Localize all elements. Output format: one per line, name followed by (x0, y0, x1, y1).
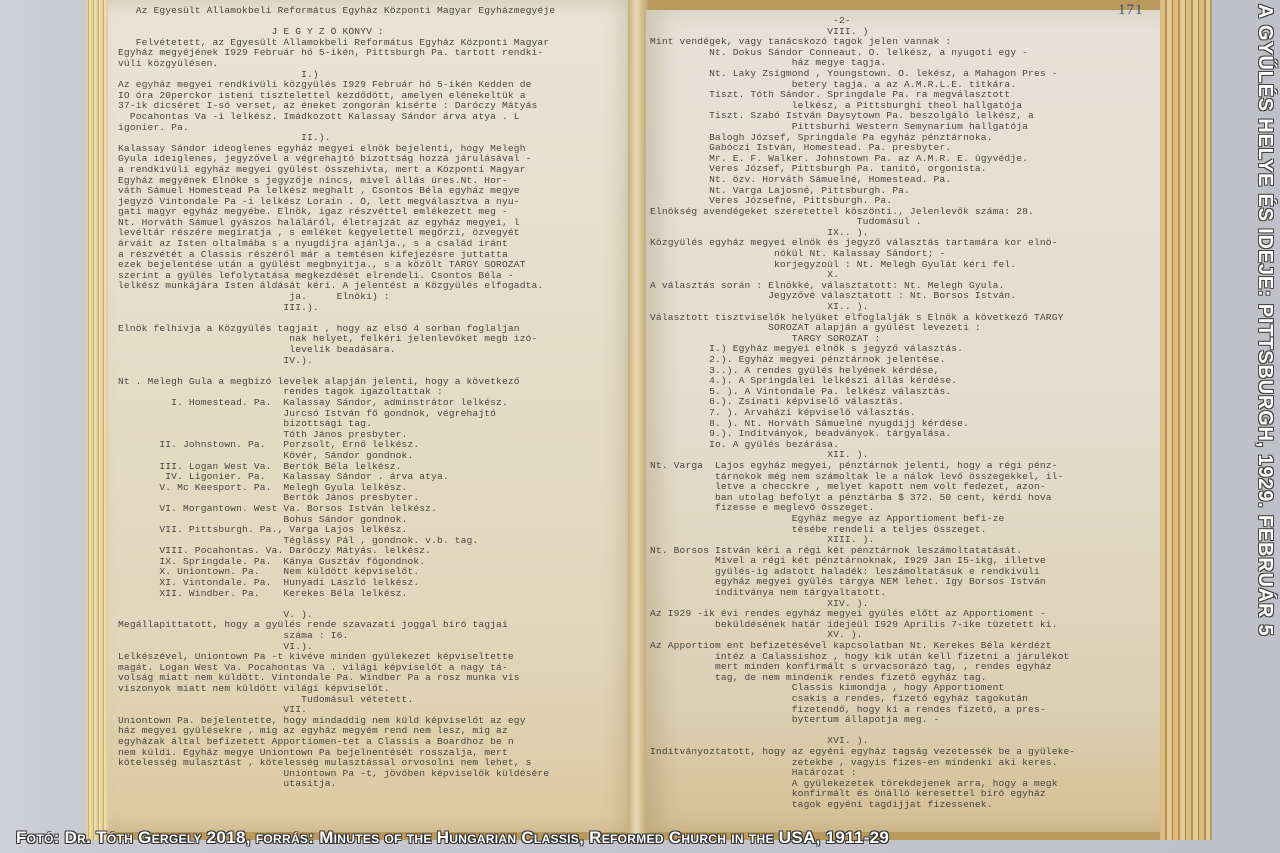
typed-line: bizottsági tag. (118, 419, 628, 430)
typed-line: Választott tisztviselők helyüket elfogla… (650, 313, 1155, 324)
typed-line: Veres Józsefné, Pittsburgh. Pa. (650, 196, 1155, 207)
typed-line: II. Johnstown. Pa. Porzsolt, Ernő lelkés… (118, 440, 628, 451)
typed-line: 4.). A Springdalei lelkészi állás kérdés… (650, 376, 1155, 387)
typed-line: lelkész munkájára Isten áldását kéri. A … (118, 281, 628, 292)
typed-line: a részvétét a Classis részéről már a tem… (118, 250, 628, 261)
side-caption: A GYŰLÉS HELYE ÉS IDEJE: PITTSBURGH, 192… (1248, 4, 1276, 810)
typed-line: Az Egyesült Államokbeli Református Egyhá… (118, 6, 628, 17)
typed-line: IV.). (118, 356, 628, 367)
typed-line: -2- (650, 16, 1155, 27)
typed-line: ezek bejelentése után a gyülést megbnyit… (118, 260, 628, 271)
typed-line: SOROZAT alapján a gyülést levezeti : (650, 323, 1155, 334)
typed-line: IO óra 20perckor isteni tisztelettel kez… (118, 91, 628, 102)
typed-line: Felvétetett, az Egyesült Államokbeli Ref… (118, 38, 628, 49)
typed-line: száma : I6. (118, 631, 628, 642)
typed-line: inditványa nem tárgyaltatott. (650, 588, 1155, 599)
typed-line: Nt. Laky Zsigmond , Youngstown. O. lekés… (650, 69, 1155, 80)
typed-line: Pocahontas Va -i lelkész. Imádkozott Kal… (118, 112, 628, 123)
typed-line (118, 17, 628, 28)
typed-line: gyülés-ig adatott haladék: leszámoltatás… (650, 567, 1155, 578)
typed-line: Pittsburhi Western Semynarium hallgatója (650, 122, 1155, 133)
typed-line: mert minden konfirmált s urvacsorázó tag… (650, 662, 1155, 673)
typed-line: igonier. Pa. (118, 123, 628, 134)
typed-line: II.). (118, 133, 628, 144)
typed-line: ház megye tagja. (650, 58, 1155, 69)
typed-line: Kalassay Sándor ideoglenes egyház megyei… (118, 144, 628, 155)
typed-line: Nt. Varga Lajosné, Pittsburgh. Pa. (650, 186, 1155, 197)
typed-line: a rendkivüli egyház megyei gyülést össze… (118, 165, 628, 176)
typed-line: Egyház megyéjének I929 Február hó 5-ikén… (118, 48, 628, 59)
typed-line: Az Apportiom ent befizetésével kapcsolat… (650, 641, 1155, 652)
typed-line: fizetendő, hogy ki a rendes fizető, a pr… (650, 705, 1155, 716)
typed-line: 37-ik dicséret I-só verset, az éneket zo… (118, 101, 628, 112)
typed-line: 8. ). Nt. Horváth Sámuelné nyugdijj kérd… (650, 419, 1155, 430)
typed-line: Io. A gyülés bezárása. (650, 440, 1155, 451)
typed-line: Tóth János presbyter. (118, 430, 628, 441)
typed-line: XII. ). (650, 450, 1155, 461)
typed-line: Elnök felhivja a Közgyülés tagjait , hog… (118, 324, 628, 335)
typed-line: IX.. ). (650, 228, 1155, 239)
typed-line: VIII. ) (650, 27, 1155, 38)
typed-line: V. Mc Keesport. Pa. Melegh Gyula lelkész… (118, 483, 628, 494)
typed-line: Nt. Borsos István kéri a régi két pénztá… (650, 546, 1155, 557)
typed-line: XV. ). (650, 630, 1155, 641)
typed-line: árváit az Isten oltalmába s a nyugdijra … (118, 239, 628, 250)
typed-line: Nt. Dokus Sándor Conneaut. O. lelkész, a… (650, 48, 1155, 59)
typed-line: konfirmált és önálló keresettel biró egy… (650, 789, 1155, 800)
typed-line: I.) Egyház megyei elnök s jegyző választ… (650, 344, 1155, 355)
typed-line: korjegyzoül : Nt. Melegh Gyulát kéri fel… (650, 260, 1155, 271)
typed-line: Az egyház megyei rendkivüli közgyülés I9… (118, 80, 628, 91)
typed-line: XI. Vintondale. Pa. Hunyadi László lelké… (118, 578, 628, 589)
typed-line: 7. ). Árvaházi képviselő választás. (650, 408, 1155, 419)
typed-line: Inditványoztatott, hogy az egyéni egyház… (650, 747, 1155, 758)
typed-line: ház megyei gyülésekre , mig az egyház me… (118, 726, 628, 737)
typed-line: Lelkészével, Uniontown Pa -t kivéve mind… (118, 652, 628, 663)
typed-line: letve a checckre , melyet kapott nem vol… (650, 482, 1155, 493)
typed-line: jegyző Vintondale Pa -i lelkész Lorain .… (118, 197, 628, 208)
typed-line: tésébe rendeli a teljes összeget. (650, 525, 1155, 536)
typed-line (118, 366, 628, 377)
typed-line: Mivel a régi két pénztárnoknak, I929 Jan… (650, 556, 1155, 567)
typed-line: tagok egyéni tagdijjat fizessenek. (650, 800, 1155, 811)
typed-line: Tiszt. Szabó István Daysytown Pa. beszol… (650, 111, 1155, 122)
typed-line: X. (650, 270, 1155, 281)
typed-line: magát. Logan West Va. Pocahontas Va . vi… (118, 663, 628, 674)
typed-line: IX. Springdale. Pa. Kánya Gusztáv fögond… (118, 557, 628, 568)
typed-line: Uniontown Pa -t, jövőben képviselők küld… (118, 769, 628, 780)
typed-line: VI. Morgantown. West Va. Borsos István l… (118, 504, 628, 515)
typed-line: Gyula ideiglenes, jegyzővel a végrehajtó… (118, 154, 628, 165)
typed-line: Bertók János presbyter. (118, 493, 628, 504)
typed-line (118, 599, 628, 610)
typed-line: XII. Windber. Pa. Kerekes Béla lelkész. (118, 589, 628, 600)
typed-line: A választás során : Elnökké, választatot… (650, 281, 1155, 292)
typed-line: XVI. ). (650, 736, 1155, 747)
typed-line: Classis kimondja , hogy Apportioment (650, 683, 1155, 694)
typed-line: fizesse e meglevő összeget. (650, 503, 1155, 514)
typed-line: A gyülekezetek törekdejenek arra, hogy a… (650, 779, 1155, 790)
left-page-edges (86, 0, 110, 840)
typed-line: IV. Ligonier. Pa. Kalassay Sándor . árva… (118, 472, 628, 483)
typed-line: levéltár részére megiratja , s emléket k… (118, 228, 628, 239)
typed-line: Nt. Varga Lajos egyház megyei, pénztárno… (650, 461, 1155, 472)
typed-line: 9.). Inditványok, beadványok. tárgyalása… (650, 429, 1155, 440)
typed-line: 5. ). A Vintondale Pa. lelkész választás… (650, 387, 1155, 398)
typed-line: XI.. ). (650, 302, 1155, 313)
typed-line: gati magyr egyház megyébe. Elnök, igaz r… (118, 207, 628, 218)
typed-line: utasitja. (118, 779, 628, 790)
photo-credit: Fotó: Dr. Tóth Gergely 2018, forrás: Min… (0, 825, 1280, 851)
typed-line: lelkész, a Pittsburghi theol hallgatója (650, 101, 1155, 112)
typed-line: levelik beadására. (118, 345, 628, 356)
typed-line: ja. Elnöki) : (118, 292, 628, 303)
typed-line: Téglássy Pál , gondnok. v.b. tag. (118, 536, 628, 547)
typed-line: III.). (118, 303, 628, 314)
typed-line: Kövér, Sándor gondnok. (118, 451, 628, 462)
typed-line: VI.). (118, 642, 628, 653)
typed-line: Nt. özv. Horváth Sámuelné, Homestead. Pa… (650, 175, 1155, 186)
typed-line: 2.). Egyház megyei pénztárnok jelentése. (650, 355, 1155, 366)
typed-line: bytertum állapotja meg. - (650, 715, 1155, 726)
typed-line: ban utolag befolyt a pénztárba $ 372. 50… (650, 493, 1155, 504)
typed-line: betery tagja. a az A.M.R.L.E. titkára. (650, 80, 1155, 91)
typed-line: nak helyet, felkéri jelenlevőket megb iz… (118, 334, 628, 345)
typed-line: VII. (118, 705, 628, 716)
typed-line: volság miatt nem küldött. Vintondale Pa.… (118, 673, 628, 684)
typed-line (118, 313, 628, 324)
typed-line: Mr. E. F. Walker. Johnstown Pa. az A.M.R… (650, 154, 1155, 165)
typed-line: kötelesség mulasztást , kötelesség mulas… (118, 758, 628, 769)
typed-line: Elnökség avendégeket szeretettel köszönt… (650, 207, 1155, 218)
typed-line: Egyház megyének Elnöke s jegyzője nincs,… (118, 176, 628, 187)
typed-line: Közgyülés egyház megyei elnök és jegyző … (650, 238, 1155, 249)
typed-line: tárnokok még nem számoltak le a nálok le… (650, 472, 1155, 483)
typed-line: egyház megyei gyülés tárgya NEM lehet. I… (650, 577, 1155, 588)
typed-line: váth Sámuel Homestead Pa lelkész meghalt… (118, 186, 628, 197)
typed-line: szerint a gyülés lefolytatása megkezdésé… (118, 271, 628, 282)
typed-line: Balogh József, Springdale Pa egyház pénz… (650, 133, 1155, 144)
typed-line: 3..). A rendes gyülés helyének kérdése, (650, 366, 1155, 377)
typed-line: rendes tagok igazoltattak : (118, 387, 628, 398)
typed-line: egyházak által befizetett Apportiomen-te… (118, 737, 628, 748)
typed-line: nem küldi. Egyház megye Uniontown Pa bej… (118, 748, 628, 759)
typed-line: Mint vendégek, vagy tanácskozó tagok jel… (650, 37, 1155, 48)
right-page-edges (1160, 0, 1210, 840)
typed-line: TÁRGY SOROZAT : (650, 334, 1155, 345)
typed-line: Gabóczi István, Homestead. Pa. presbyter… (650, 143, 1155, 154)
typed-line: Határozat : (650, 768, 1155, 779)
typed-line: Bohus Sándor gondnok. (118, 515, 628, 526)
typed-line: Jegyzővé választatott : Nt. Borsos Istvá… (650, 291, 1155, 302)
typed-line: Nt. Horváth Sámuel gyászos haláláról, él… (118, 218, 628, 229)
typed-line: tag, de nem mindenik rendes fizető egyhá… (650, 673, 1155, 684)
typed-line: intéz a Calassishoz , hogy kik után kell… (650, 652, 1155, 663)
typed-line: Jurcsó István fő gondnok, végrehajtó (118, 409, 628, 420)
typed-line: V. ). (118, 610, 628, 621)
typed-line: nökül Nt. Kalassay Sándort; - (650, 249, 1155, 260)
typed-line: Megállapittatott, hogy a gyülés rende sz… (118, 620, 628, 631)
typed-line: VII. Pittsburgh. Pa., Varga Lajos lelkés… (118, 525, 628, 536)
typed-line: Veres József, Pittsburgh Pa. tanitó, org… (650, 164, 1155, 175)
typed-line: I. Homestead. Pa. Kalassay Sándor, admin… (118, 398, 628, 409)
typed-line: zetekbe , vagyis fizes-en mindenki aki k… (650, 758, 1155, 769)
left-page-typed-text: Az Egyesült Államokbeli Református Egyhá… (118, 6, 628, 790)
typed-line: beküldésének határ idejéül I929 Április … (650, 620, 1155, 631)
typed-line: Uniontown Pa. bejelentette, hogy mindadd… (118, 716, 628, 727)
typed-line: vüli közgyülésen. (118, 59, 628, 70)
typed-line: J E G Y Z Ő KÖNYV : (118, 27, 628, 38)
typed-line: viszonyok miatt nem küldött világi képvi… (118, 684, 628, 695)
right-page-typed-text: -2- VIII. )Mint vendégek, vagy tanácskoz… (650, 16, 1155, 811)
typed-line: I.) (118, 70, 628, 81)
typed-line: Tudomásul . (650, 217, 1155, 228)
typed-line: XIII. ). (650, 535, 1155, 546)
typed-line: XIV. ). (650, 599, 1155, 610)
typed-line: Tiszt. Tóth Sándor. Springdale Pa. ra me… (650, 90, 1155, 101)
typed-line: Tudomásul vétetett. (118, 695, 628, 706)
typed-line: VIII. Pocahontas. Va. Daróczy Mátyás. le… (118, 546, 628, 557)
typed-line: csakis a rendes, fizető egyház tagokután (650, 694, 1155, 705)
typed-line (650, 726, 1155, 737)
typed-line: Nt . Melegh Gula a megbizó levelek alapj… (118, 377, 628, 388)
typed-line: III. Logan West Va. Bertók Béla lelkész. (118, 462, 628, 473)
typed-line: Egyház megye az Apportioment befi-ze (650, 514, 1155, 525)
typed-line: X. Uniontown. Pa. Nem küldött képviselőt… (118, 567, 628, 578)
book-gutter (628, 0, 648, 840)
typed-line: Az I929 -ik évi rendes egyház megyei gyü… (650, 609, 1155, 620)
typed-line: 6.). Zsinati képviselő választás. (650, 397, 1155, 408)
